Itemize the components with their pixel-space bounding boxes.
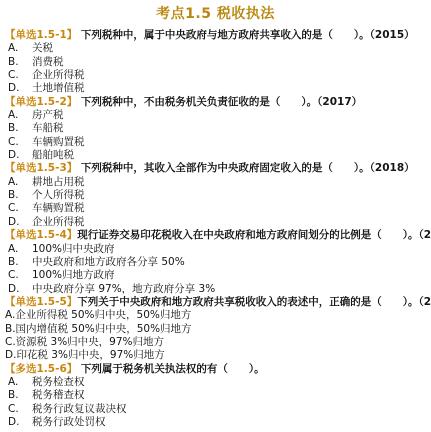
question-text: 下列税种中，属于中央政府与地方政府共享收入的是（ ）。（2015） bbox=[77, 29, 414, 41]
option-text: 土地增值税 bbox=[32, 82, 85, 95]
option-text: 税务稽查权 bbox=[32, 389, 85, 402]
option-row: A.房产税 bbox=[5, 109, 426, 122]
question-header: 【单选1.5-5】下列关于中央政府和地方政府共享税收收入的表述中，正确的是（ ）… bbox=[5, 296, 426, 309]
option-row: C.100%归地方政府 bbox=[5, 269, 426, 282]
question-6: 【多选1.5-6】 下列属于税务机关执法权的有（ ）。 A.税务检查权 B.税务… bbox=[5, 363, 426, 430]
question-tag: 【单选1.5-5】 bbox=[5, 296, 77, 308]
option-text: 车船税 bbox=[32, 122, 64, 135]
option-text: 税务检查权 bbox=[32, 376, 85, 389]
question-text: 下列税种中，其收入全部作为中央政府固定收入的是（ ）。（2018） bbox=[77, 162, 414, 174]
option-text: 耕地占用税 bbox=[32, 176, 85, 189]
question-tag: 【多选1.5-6】 bbox=[5, 363, 77, 375]
option-label: C. bbox=[8, 202, 32, 215]
question-tag: 【单选1.5-4】 bbox=[5, 229, 77, 241]
option-row: D.企业所得税 bbox=[5, 216, 426, 229]
question-tag: 【单选1.5-1】 bbox=[5, 29, 77, 41]
option-text: 车辆购置税 bbox=[32, 136, 85, 149]
option-label: A. bbox=[8, 109, 32, 122]
option-text: 企业所得税 50%归中央，50%归地方 bbox=[15, 309, 191, 322]
option-row: C.资源税 3%归中央，97%归地方 bbox=[5, 336, 426, 349]
question-text: 下列税种中，不由税务机关负责征收的是（ ）。（2017） bbox=[77, 96, 362, 108]
option-row: D.印花税 3%归中央，97%归地方 bbox=[5, 349, 426, 362]
option-text: 国内增值税 50%归中央，50%归地方 bbox=[16, 323, 192, 336]
option-row: A.企业所得税 50%归中央，50%归地方 bbox=[5, 309, 426, 322]
option-label: B. bbox=[5, 323, 16, 336]
option-row: C.企业所得税 bbox=[5, 69, 426, 82]
option-row: B.消费税 bbox=[5, 56, 426, 69]
option-text: 车辆购置税 bbox=[32, 202, 85, 215]
option-row: B.中央政府和地方政府各分享 50% bbox=[5, 256, 426, 269]
question-5: 【单选1.5-5】下列关于中央政府和地方政府共享税收收入的表述中，正确的是（ ）… bbox=[5, 296, 426, 363]
option-text: 船舶吨税 bbox=[32, 149, 74, 162]
option-label: D. bbox=[8, 82, 32, 95]
option-text: 房产税 bbox=[32, 109, 64, 122]
option-label: C. bbox=[8, 403, 32, 416]
option-row: B.税务稽查权 bbox=[5, 389, 426, 402]
option-text: 中央政府分享 97%，地方政府分享 3% bbox=[32, 283, 215, 296]
question-text: 现行证券交易印花税收入在中央政府和地方政府间划分的比例是（ ）。（2020） bbox=[77, 229, 431, 241]
question-4: 【单选1.5-4】现行证券交易印花税收入在中央政府和地方政府间划分的比例是（ ）… bbox=[5, 229, 426, 296]
option-text: 中央政府和地方政府各分享 50% bbox=[32, 256, 185, 269]
question-2: 【单选1.5-2】 下列税种中，不由税务机关负责征收的是（ ）。（2017） A… bbox=[5, 96, 426, 163]
option-row: A.税务检查权 bbox=[5, 376, 426, 389]
option-label: D. bbox=[8, 283, 32, 296]
option-label: D. bbox=[8, 216, 32, 229]
option-row: D.土地增值税 bbox=[5, 82, 426, 95]
option-label: B. bbox=[8, 189, 32, 202]
option-label: A. bbox=[8, 376, 32, 389]
option-label: A. bbox=[8, 42, 32, 55]
option-label: B. bbox=[8, 122, 32, 135]
question-text: 下列属于税务机关执法权的有（ ）。 bbox=[77, 363, 264, 375]
option-text: 税务行政复议裁决权 bbox=[32, 403, 127, 416]
option-row: A.关税 bbox=[5, 42, 426, 55]
option-label: C. bbox=[5, 336, 16, 349]
option-row: D.税务行政处罚权 bbox=[5, 416, 426, 429]
question-3: 【单选1.5-3】 下列税种中，其收入全部作为中央政府固定收入的是（ ）。（20… bbox=[5, 162, 426, 229]
question-text: 下列关于中央政府和地方政府共享税收收入的表述中，正确的是（ ）。（2021） bbox=[77, 296, 431, 308]
option-label: C. bbox=[8, 69, 32, 82]
option-row: D.中央政府分享 97%，地方政府分享 3% bbox=[5, 283, 426, 296]
option-row: A.耕地占用税 bbox=[5, 176, 426, 189]
option-row: D.船舶吨税 bbox=[5, 149, 426, 162]
option-row: C.车辆购置税 bbox=[5, 136, 426, 149]
option-row: B.车船税 bbox=[5, 122, 426, 135]
option-label: D. bbox=[5, 349, 16, 362]
option-label: A. bbox=[8, 243, 32, 256]
question-header: 【多选1.5-6】 下列属于税务机关执法权的有（ ）。 bbox=[5, 363, 426, 376]
option-row: B.国内增值税 50%归中央，50%归地方 bbox=[5, 323, 426, 336]
document-page: 考点1.5 税收执法 【单选1.5-1】 下列税种中，属于中央政府与地方政府共享… bbox=[0, 0, 431, 429]
option-label: A. bbox=[8, 176, 32, 189]
question-header: 【单选1.5-2】 下列税种中，不由税务机关负责征收的是（ ）。（2017） bbox=[5, 96, 426, 109]
option-row: C.车辆购置税 bbox=[5, 202, 426, 215]
option-text: 企业所得税 bbox=[32, 216, 85, 229]
option-text: 资源税 3%归中央，97%归地方 bbox=[16, 336, 164, 349]
option-label: B. bbox=[8, 256, 32, 269]
option-text: 100%归中央政府 bbox=[32, 243, 115, 256]
option-label: C. bbox=[8, 269, 32, 282]
option-text: 个人所得税 bbox=[32, 189, 85, 202]
option-label: B. bbox=[8, 56, 32, 69]
question-tag: 【单选1.5-2】 bbox=[5, 96, 77, 108]
question-header: 【单选1.5-4】现行证券交易印花税收入在中央政府和地方政府间划分的比例是（ ）… bbox=[5, 229, 426, 242]
option-label: C. bbox=[8, 136, 32, 149]
question-1: 【单选1.5-1】 下列税种中，属于中央政府与地方政府共享收入的是（ ）。（20… bbox=[5, 29, 426, 96]
option-text: 税务行政处罚权 bbox=[32, 416, 106, 429]
option-text: 印花税 3%归中央，97%归地方 bbox=[16, 349, 164, 362]
option-label: B. bbox=[8, 389, 32, 402]
question-header: 【单选1.5-3】 下列税种中，其收入全部作为中央政府固定收入的是（ ）。（20… bbox=[5, 162, 426, 175]
option-label: D. bbox=[8, 149, 32, 162]
option-text: 消费税 bbox=[32, 56, 64, 69]
option-row: C.税务行政复议裁决权 bbox=[5, 403, 426, 416]
question-tag: 【单选1.5-3】 bbox=[5, 162, 77, 174]
option-row: B.个人所得税 bbox=[5, 189, 426, 202]
option-label: D. bbox=[8, 416, 32, 429]
option-text: 关税 bbox=[32, 42, 53, 55]
option-text: 100%归地方政府 bbox=[32, 269, 115, 282]
page-title: 考点1.5 税收执法 bbox=[5, 5, 426, 23]
option-row: A.100%归中央政府 bbox=[5, 243, 426, 256]
option-text: 企业所得税 bbox=[32, 69, 85, 82]
question-header: 【单选1.5-1】 下列税种中，属于中央政府与地方政府共享收入的是（ ）。（20… bbox=[5, 29, 426, 42]
option-label: A. bbox=[5, 309, 15, 322]
